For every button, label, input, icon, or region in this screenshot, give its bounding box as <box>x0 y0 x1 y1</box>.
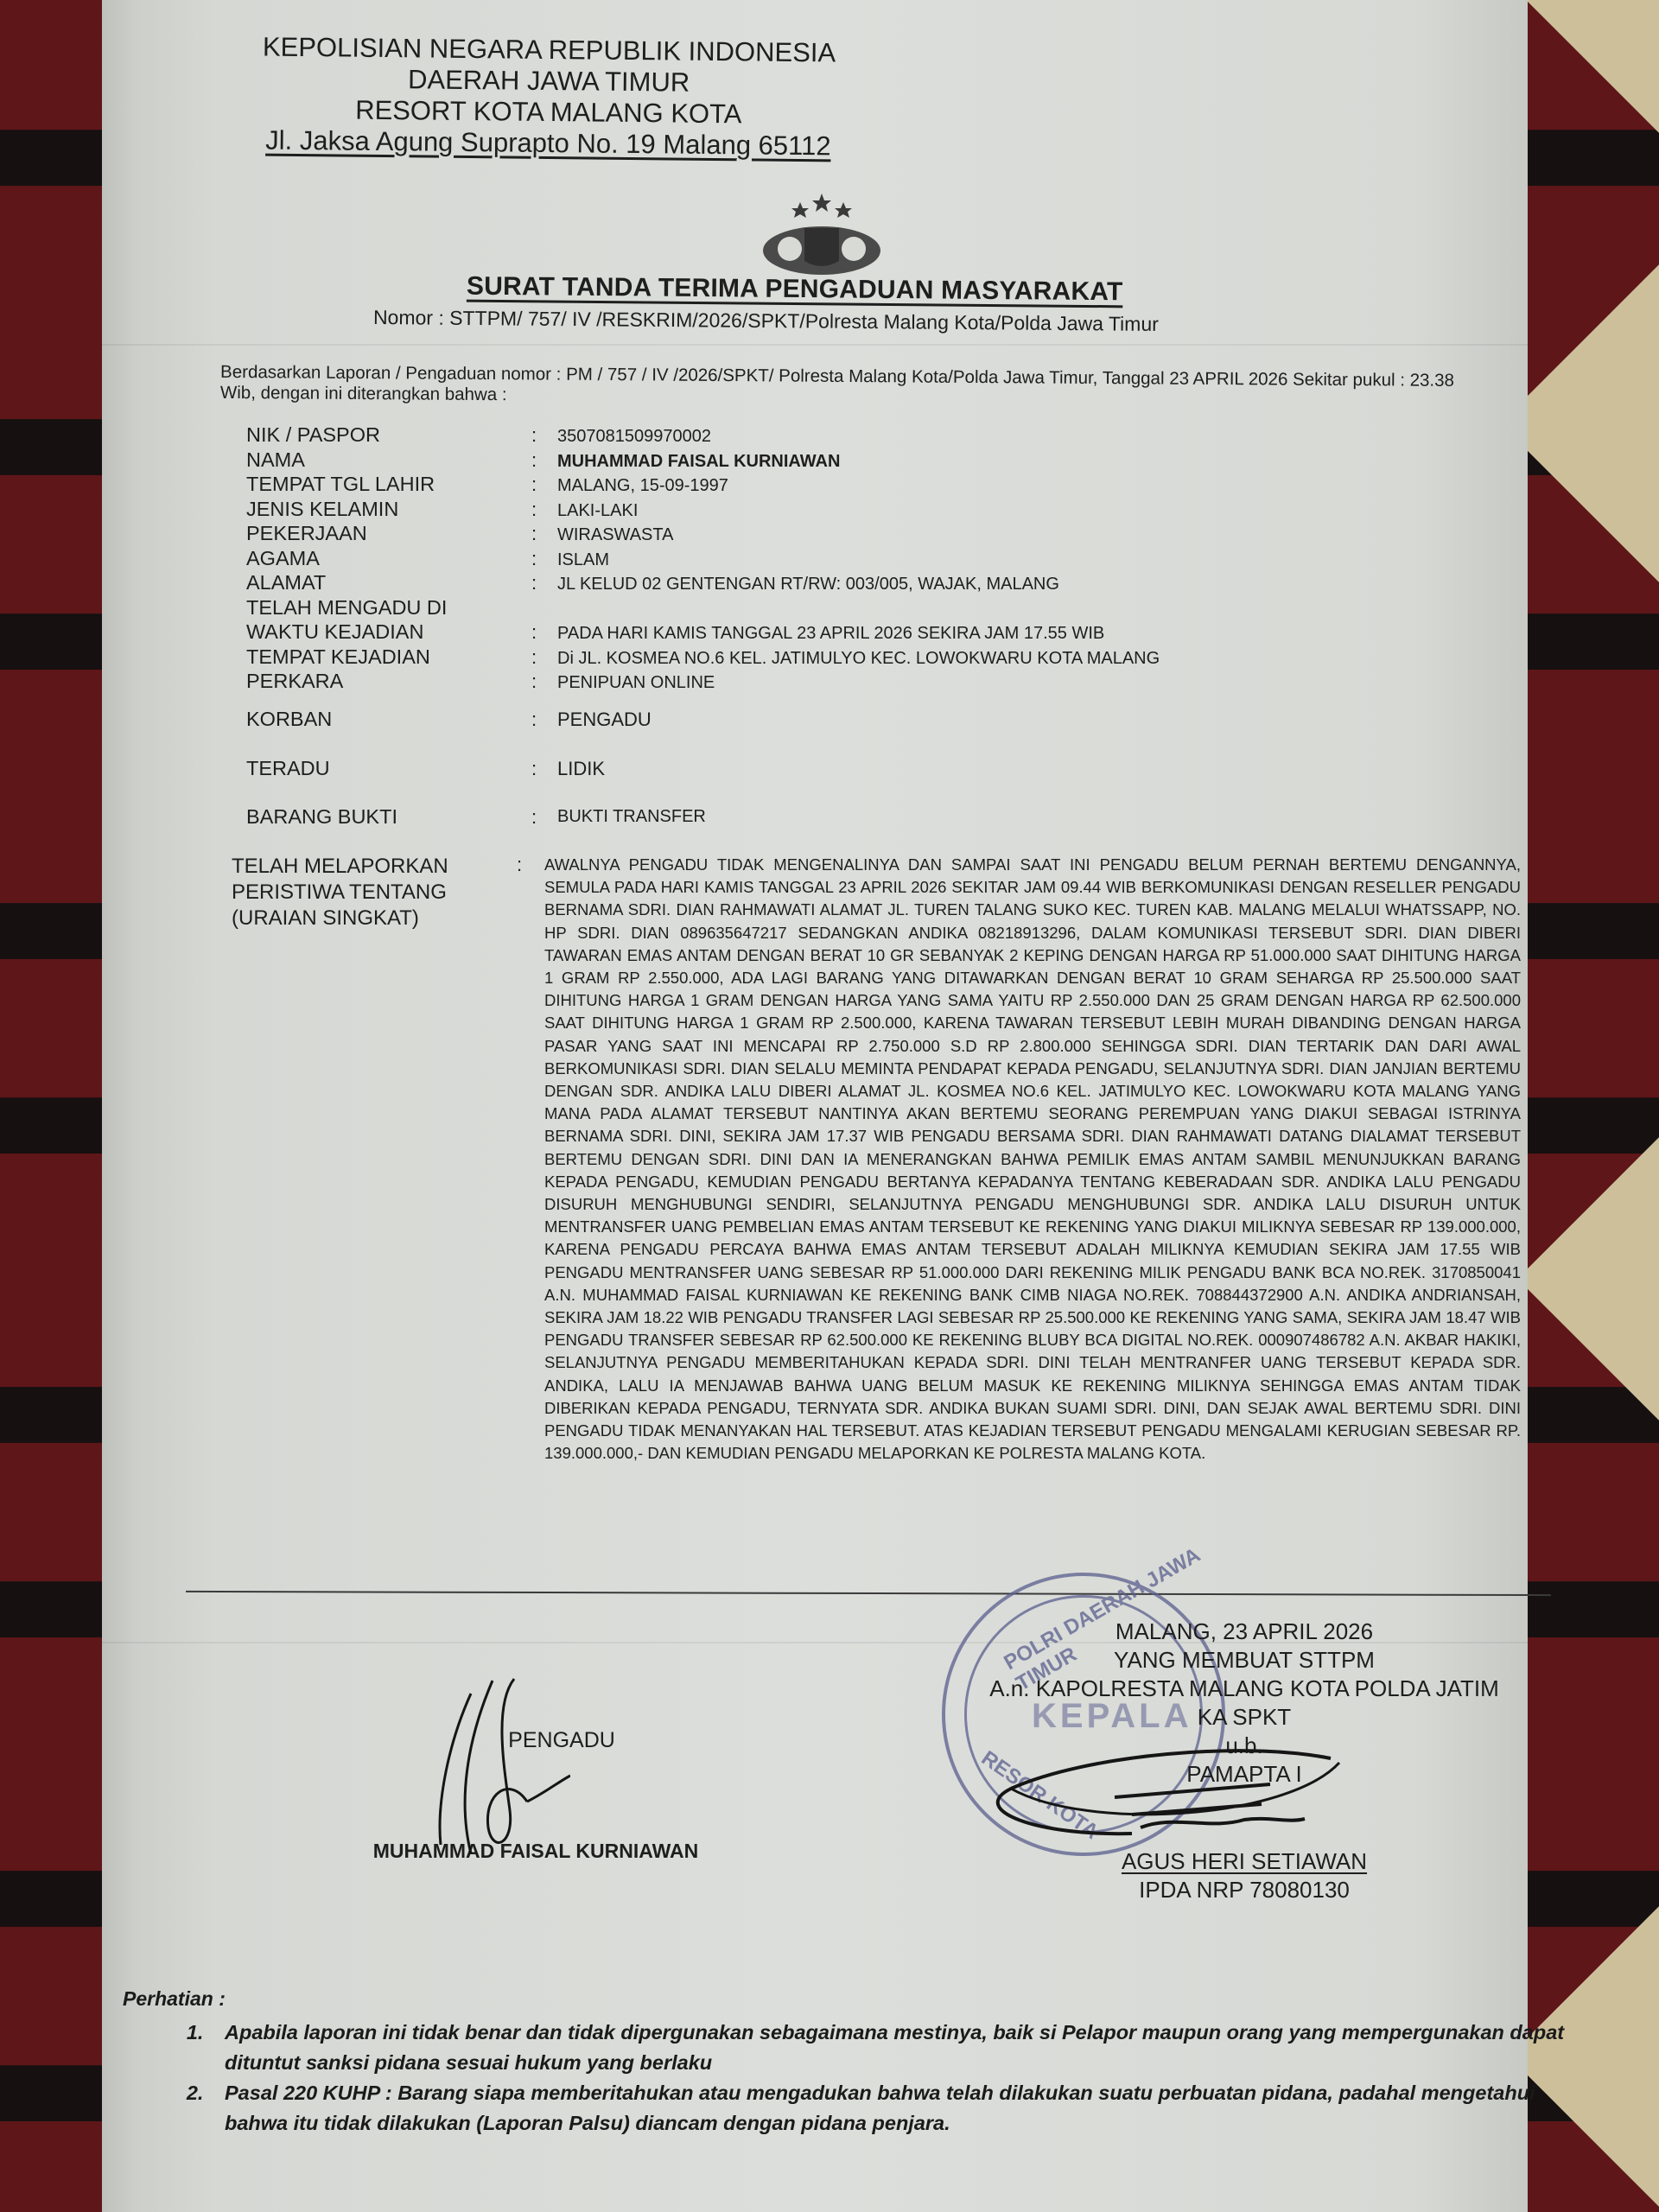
field-perkara: PERKARA:PENIPUAN ONLINE <box>246 670 1352 695</box>
letterhead: KEPOLISIAN NEGARA REPUBLIK INDONESIA DAE… <box>245 31 851 162</box>
document-title: SURAT TANDA TERIMA PENGADUAN MASYARAKAT <box>467 272 1123 308</box>
field-pekerjaan: PEKERJAAN:WIRASWASTA <box>246 522 1352 547</box>
field-waktu-kejadian: WAKTU KEJADIAN:PADA HARI KAMIS TANGGAL 2… <box>246 620 1352 645</box>
police-emblem-icon <box>757 192 887 278</box>
notes-heading: Perhatian : <box>123 1987 1574 2011</box>
field-alamat: ALAMAT:JL KELUD 02 GENTENGAN RT/RW: 003/… <box>246 571 1352 596</box>
field-telah-mengadu-di: TELAH MENGADU DI <box>246 596 1352 621</box>
note-item: Pasal 220 KUHP : Barang siapa memberitah… <box>209 2078 1574 2139</box>
field-jenis-kelamin: JENIS KELAMIN:LAKI-LAKI <box>246 498 1352 523</box>
field-nama: NAMA:MUHAMMAD FAISAL KURNIAWAN <box>246 448 1352 474</box>
place-date: MALANG, 23 APRIL 2026 <box>950 1618 1538 1646</box>
field-tempat-tgl-lahir: TEMPAT TGL LAHIR:MALANG, 15-09-1997 <box>246 473 1352 498</box>
field-teradu: TERADU:LIDIK <box>246 745 1352 793</box>
narrative-label: TELAH MELAPORKAN PERISTIWA TENTANG (URAI… <box>232 854 517 1465</box>
complainant-name: MUHAMMAD FAISAL KURNIAWAN <box>341 1840 730 1863</box>
complainant-fields: NIK / PASPOR:3507081509970002 NAMA:MUHAM… <box>246 423 1352 842</box>
letterhead-address: Jl. Jaksa Agung Suprapto No. 19 Malang 6… <box>245 124 850 162</box>
field-barang-bukti: BARANG BUKTI:BUKTI TRANSFER <box>246 793 1352 842</box>
complainant-role: PENGADU <box>393 1728 730 1753</box>
incident-narrative: TELAH MELAPORKAN PERISTIWA TENTANG (URAI… <box>232 854 1545 1465</box>
officer-name: AGUS HERI SETIAWAN <box>950 1847 1538 1876</box>
intro-paragraph: Berdasarkan Laporan / Pengaduan nomor : … <box>220 362 1482 412</box>
officer-signature-block: MALANG, 23 APRIL 2026 YANG MEMBUAT STTPM… <box>950 1618 1538 1904</box>
field-nik: NIK / PASPOR:3507081509970002 <box>246 423 1352 448</box>
field-tempat-kejadian: TEMPAT KEJADIAN:Di JL. KOSMEA NO.6 KEL. … <box>246 645 1352 671</box>
field-agama: AGAMA:ISLAM <box>246 547 1352 572</box>
complainant-signature-block: PENGADU MUHAMMAD FAISAL KURNIAWAN <box>341 1728 730 1863</box>
notes-section: Perhatian : Apabila laporan ini tidak be… <box>123 1987 1574 2139</box>
note-item: Apabila laporan ini tidak benar dan tida… <box>209 2018 1574 2078</box>
officer-rank: IPDA NRP 78080130 <box>950 1876 1538 1904</box>
field-korban: KORBAN:PENGADU <box>246 695 1352 745</box>
letterhead-institution: KEPOLISIAN NEGARA REPUBLIK INDONESIA <box>246 31 851 68</box>
narrative-text: AWALNYA PENGADU TIDAK MENGENALINYA DAN S… <box>544 854 1521 1465</box>
